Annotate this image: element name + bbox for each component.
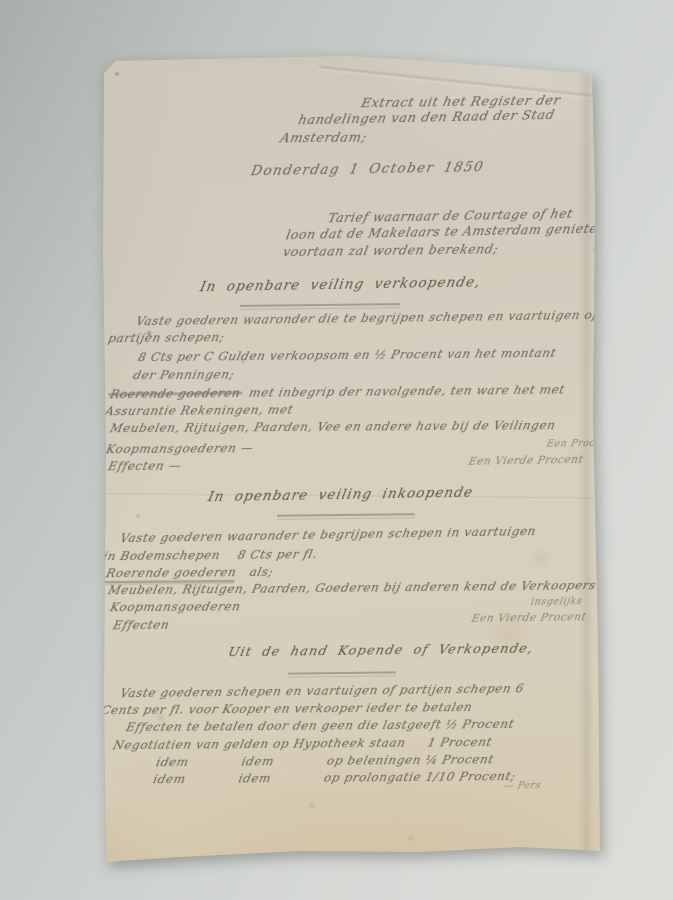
paper-shadow: Extract uit het Register der handelingen… [0, 0, 673, 900]
section2-line-2: in Bodemschepen 8 Cts per fl. [102, 547, 319, 563]
section2-note-1: insgelijks [530, 596, 584, 608]
section1-line-4: der Penningen; [132, 367, 236, 382]
section1-line-6: Assurantie Rekeningen, met [104, 402, 295, 418]
stain [592, 247, 599, 253]
date-line: Donderdag 1 October 1850 [250, 159, 486, 179]
stain [528, 548, 554, 568]
section3-line-1: Vaste goederen schepen en vaartuigen of … [119, 681, 526, 700]
section1-note-1: Een Procent [546, 438, 614, 450]
manuscript-paper: Extract uit het Register der handelingen… [0, 0, 673, 900]
underlined-roerende-goederen: Roerende goederen [104, 565, 238, 583]
section2-note-2: Een Vierde Procent [470, 611, 587, 625]
section2-line-5: Koopmansgoederen [109, 599, 242, 614]
section1-line-7: Meubelen, Rijtuigen, Paarden, Vee en and… [109, 418, 557, 435]
photo-background: Extract uit het Register der handelingen… [0, 0, 673, 900]
section2-heading-rule [277, 513, 415, 519]
section1-note-2: Een Vierde Procent [467, 454, 584, 468]
section3-heading-rule [288, 671, 396, 677]
section1-heading-rule [240, 303, 400, 310]
header-line-3: Amsterdam; [279, 130, 369, 146]
stain [308, 802, 316, 809]
section2-line-3: Roerende goederen als; [104, 565, 275, 583]
section3-heading: Uit de hand Kopende of Verkopende, [227, 641, 535, 660]
section3-line-4: Negotiatien van gelden op Hypotheek staa… [112, 735, 494, 752]
section3-line-3: Effecten te betalen door den geen die la… [125, 717, 516, 734]
section2-line-1: Vaste goederen waaronder te begrijpen sc… [119, 524, 538, 545]
preamble-line-3: voortaan zal worden berekend; [282, 241, 500, 259]
signature: — Pers [503, 780, 542, 792]
section1-line-5: Roerende goederen met inbegrip der navol… [109, 382, 567, 401]
struck-roerende-goederen: Roerende goederen [109, 386, 242, 401]
section1-line-1: Vaste goederen waaronder die te begrijpe… [135, 308, 599, 328]
section2-heading: In openbare veiling inkoopende [207, 484, 475, 505]
section1-line-3: 8 Cts per C Gulden verkoopsom en ½ Proce… [137, 346, 558, 364]
section3-line-6: idem idem op prolongatie 1/10 Procent; [152, 769, 517, 786]
section1-line-2: partijen schepen; [107, 330, 226, 345]
stain [406, 834, 416, 842]
section3-line-2: Cents per fl. voor Kooper en verkooper i… [100, 700, 474, 717]
section1-line-5-rest: met inbegrip der navolgende, ten ware he… [239, 382, 566, 399]
section2-line-6: Effecten [112, 618, 171, 633]
corner-fold [104, 59, 118, 73]
stain [135, 513, 141, 519]
section2-line-3-rest: als; [235, 565, 275, 579]
section1-line-8: Koopmansgoederen — [105, 441, 255, 456]
header-line-2: handelingen van den Raad der Stad [297, 108, 556, 128]
section1-heading: In openbare veiling verkoopende, [199, 274, 483, 295]
section3-line-5: idem idem op beleningen ¼ Procent [155, 752, 496, 769]
section1-line-9: Effecten — [107, 458, 183, 473]
